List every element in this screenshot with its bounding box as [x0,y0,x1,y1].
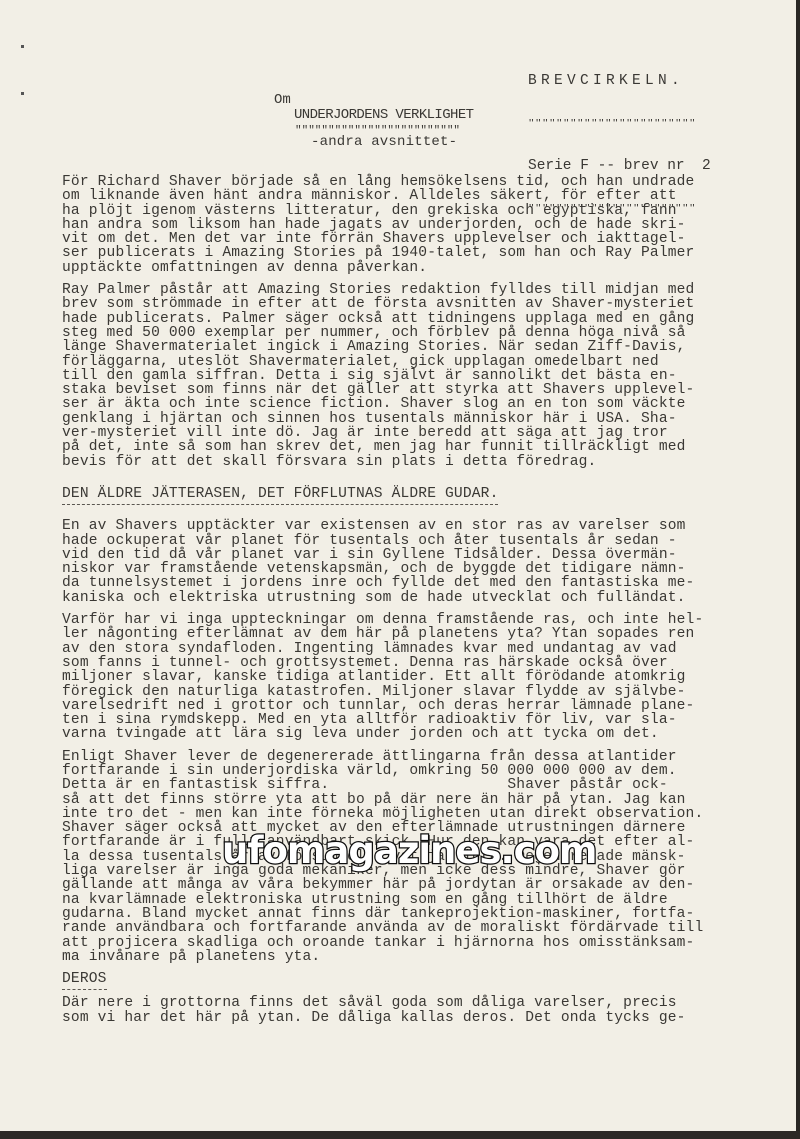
paragraph: Ray Palmer påstår att Amazing Stories re… [62,283,782,469]
text-line: staka beviset som finns när det gäller a… [62,383,782,397]
text-line: ver-mysteriet vill inte dö. Jag är inte … [62,426,782,440]
text-line: inte tro det - men kan inte förneka möjl… [62,807,782,821]
text-line: fortfarande i sin underjordiska värld, o… [62,764,782,778]
text-line: Detta är en fantastisk siffra. Shaver på… [62,778,782,792]
paragraph: Där nere i grottorna finns det såväl god… [62,996,782,1025]
text-line: na kvarlämnade elektroniska utrustning s… [62,893,782,907]
paragraph: För Richard Shaver började så en lång he… [62,175,782,275]
text-line: vit om det. Men det var inte förrän Shav… [62,232,782,246]
text-line: ha plöjt igenom västerns litteratur, den… [62,204,782,218]
text-line: bevis för att det skall försvara sin pla… [62,455,782,469]
text-line: rande användbara och fortfarande använda… [62,921,782,935]
text-line: varna tvingade att lära sig leva under j… [62,727,782,741]
text-line: ten i sina rymdskepp. Med en yta alltför… [62,713,782,727]
section-heading: DEROS [62,972,107,986]
text-line: Enligt Shaver lever de degenererade ättl… [62,750,782,764]
text-line: han andra som liksom han hade jagats av … [62,218,782,232]
text-line: miljoner slavar, kanske tidiga atlantide… [62,670,782,684]
text-line: att projicera skadliga och oroande tanka… [62,936,782,950]
text-line: Ray Palmer påstår att Amazing Stories re… [62,283,782,297]
text-line: brev som strömmade in efter att de först… [62,297,782,311]
text-line: föregick den naturliga katastrofen. Milj… [62,685,782,699]
text-line: ser publicerats i Amazing Stories på 194… [62,246,782,260]
text-line: förläggarna, uteslöt Shavermaterialet, g… [62,355,782,369]
text-line: ser är äkta och inte science fiction. Sh… [62,397,782,411]
masthead-title: BREVCIRKELN. [528,74,711,89]
text-line: som vi har det här på ytan. De dåliga ka… [62,1011,782,1025]
text-line: ma invånare på planetens yta. [62,950,782,964]
text-line: kaniska och elektriska utrustning som de… [62,591,782,605]
section-heading: DEN ÄLDRE JÄTTERASEN, DET FÖRFLUTNAS ÄLD… [62,487,498,501]
document-body: För Richard Shaver började så en lång he… [62,175,782,1025]
text-line: upptäckte omfattningen av denna påverkan… [62,261,782,275]
text-line: varelsedrift ned i grottor och tunnlar, … [62,699,782,713]
text-line: ler någonting efterlämnat av dem här på … [62,627,782,641]
text-line: som fanns i tunnel- och grottsystemet. D… [62,656,782,670]
text-line: till den gamla siffran. Detta i sig själ… [62,369,782,383]
text-line: niskor var framstående vetenskapsmän, oc… [62,562,782,576]
text-line: på det, inte så som han skrev det, men j… [62,440,782,454]
paragraph: En av Shavers upptäckter var existensen … [62,519,782,605]
page-edge-shadow [0,1131,800,1139]
masthead-quote-rule: """""""""""""""""""""""" [528,119,711,129]
text-line: da tunnelsystemet i jordens inre och fyl… [62,576,782,590]
page-subtitle: -andra avsnittet- [311,134,457,150]
text-line: hade publicerats. Palmer säger också att… [62,312,782,326]
text-line: så att det finns större yta att bo på dä… [62,793,782,807]
document-page: BREVCIRKELN. """""""""""""""""""""""" Se… [0,0,796,1130]
text-line: om liknande även hänt andra människor. A… [62,189,782,203]
page-edge-shadow [796,0,800,1139]
text-line: gudarna. Bland mycket annat finns där ta… [62,907,782,921]
punch-hole-mark [21,45,24,48]
text-line: vid den tid då vår planet var i sin Gyll… [62,548,782,562]
watermark: ufomagazines.com [222,829,596,872]
text-line: länge Shavermaterialet ingick i Amazing … [62,340,782,354]
punch-hole-mark [21,92,24,95]
text-line: En av Shavers upptäckter var existensen … [62,519,782,533]
text-line: av den stora syndafloden. Ingenting lämn… [62,642,782,656]
text-line: steg med 50 000 exemplar per nummer, och… [62,326,782,340]
heading-prefix: Om [274,92,291,108]
masthead-serie: Serie F -- brev nr 2 [528,159,711,174]
paragraph: Varför har vi inga uppteckningar om denn… [62,613,782,742]
text-line: För Richard Shaver började så en lång he… [62,175,782,189]
text-line: Varför har vi inga uppteckningar om denn… [62,613,782,627]
text-line: genklang i hjärtan och sinnen hos tusent… [62,412,782,426]
text-line: gällande att många av våra bekymmer här … [62,878,782,892]
page-title: UNDERJORDENS VERKLIGHET [294,107,473,123]
text-line: hade ockuperat vår planet för tusentals … [62,534,782,548]
text-line: Där nere i grottorna finns det såväl god… [62,996,782,1010]
